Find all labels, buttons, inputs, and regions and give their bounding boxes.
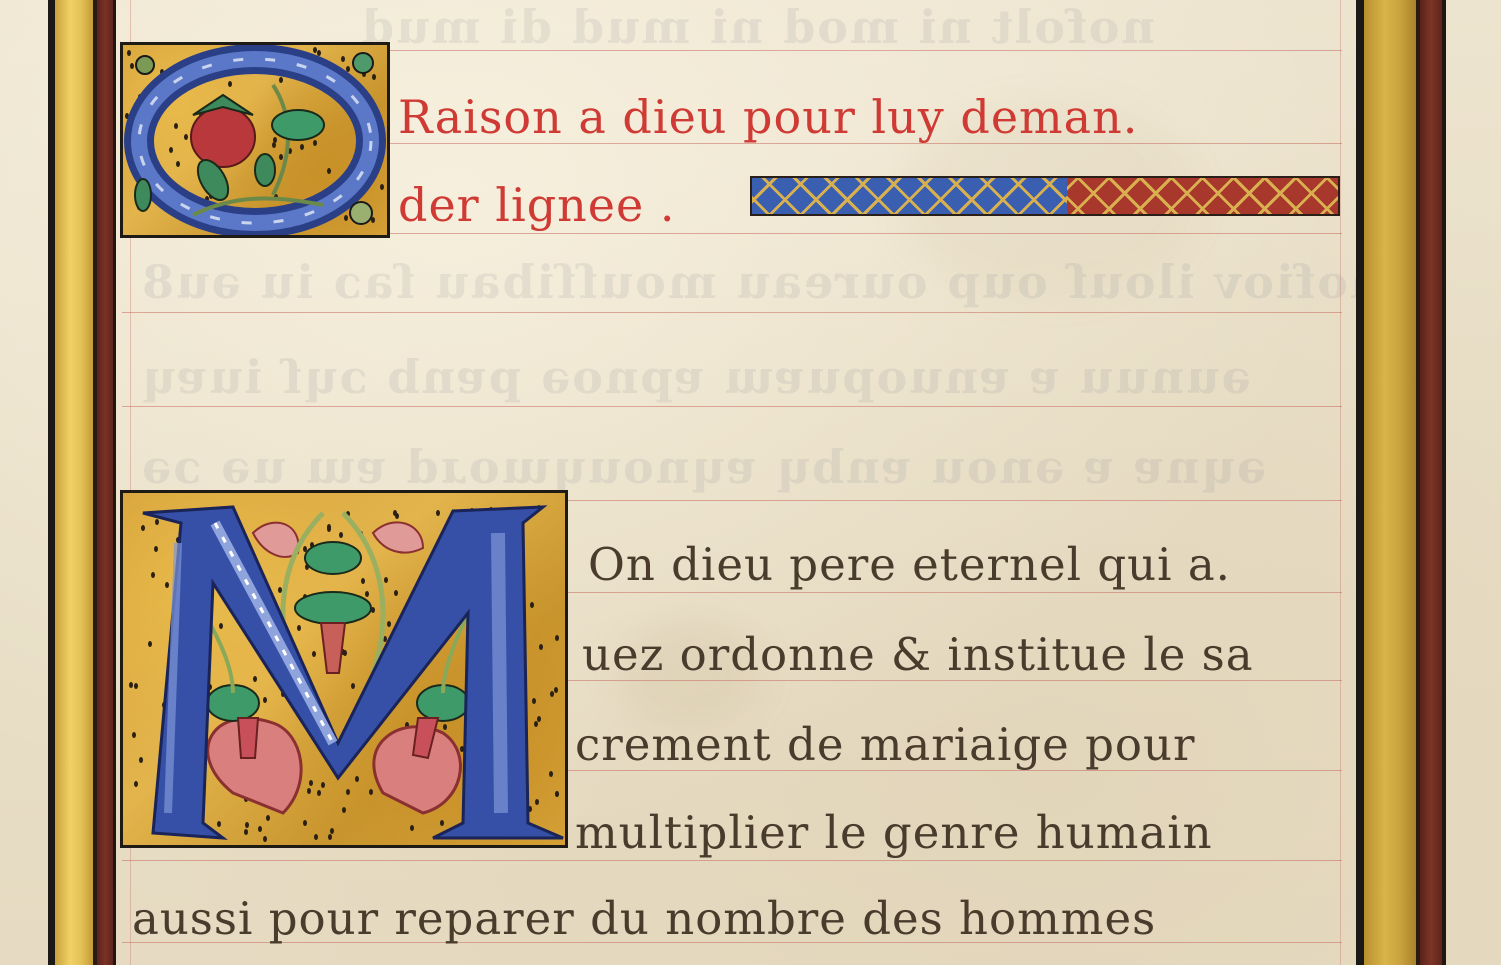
left-border-gold — [55, 0, 93, 965]
filler-segment-red — [1067, 178, 1338, 214]
manuscript-page: nofolt ni mod ni mud di mud nofiov ilouſ… — [0, 0, 1501, 965]
ruling-vertical — [1340, 0, 1341, 965]
initial-m-ornament-icon — [123, 493, 565, 845]
show-through-text: ǝunuu ɐ ɐnuopuɐɯ ɐpnoǝ pɐnb ɔɥſ iuɐɥ — [140, 350, 1251, 404]
ruling-line — [122, 860, 1342, 861]
line-filler-bar — [750, 176, 1340, 216]
body-text-line-1: On dieu pere eternel qui a. — [588, 538, 1231, 591]
ruling-line — [122, 406, 1342, 407]
right-border-black — [1356, 0, 1364, 965]
right-border-red — [1420, 0, 1442, 965]
show-through-text: nofolt ni mod ni mud di mud — [360, 0, 1155, 54]
show-through-text: ǝɥnɐ ɐ ǝnou ɐnbɥ ɐɥnouɥɯoɹd ɐɯ uǝ ɔǝ — [140, 440, 1266, 494]
ruling-line — [122, 312, 1342, 313]
left-border-black — [48, 0, 55, 965]
left-border-red — [97, 0, 113, 965]
body-text-line-2: uez ordonne & institue le sa — [582, 628, 1254, 681]
body-text-line-3: crement de mariaige pour — [575, 718, 1196, 771]
rubric-heading-line-1: Raison a dieu pour luy deman. — [398, 90, 1138, 144]
left-border-black-edge — [113, 0, 116, 965]
body-text-line-5: aussi pour reparer du nombre des hommes — [132, 892, 1156, 945]
illuminated-initial-m — [120, 490, 568, 848]
show-through-text: nofiov ilouſ oup oureau mouſſibau ſaɔ iu… — [140, 255, 1383, 309]
illuminated-initial-o — [120, 42, 390, 238]
rubric-heading-line-2: der lignee . — [398, 178, 675, 232]
initial-o-ornament-icon — [123, 45, 387, 235]
filler-segment-blue — [752, 178, 1067, 214]
right-border-gold — [1364, 0, 1416, 965]
body-text-line-4: multiplier le genre humain — [575, 806, 1213, 859]
right-border-black-edge — [1442, 0, 1446, 965]
